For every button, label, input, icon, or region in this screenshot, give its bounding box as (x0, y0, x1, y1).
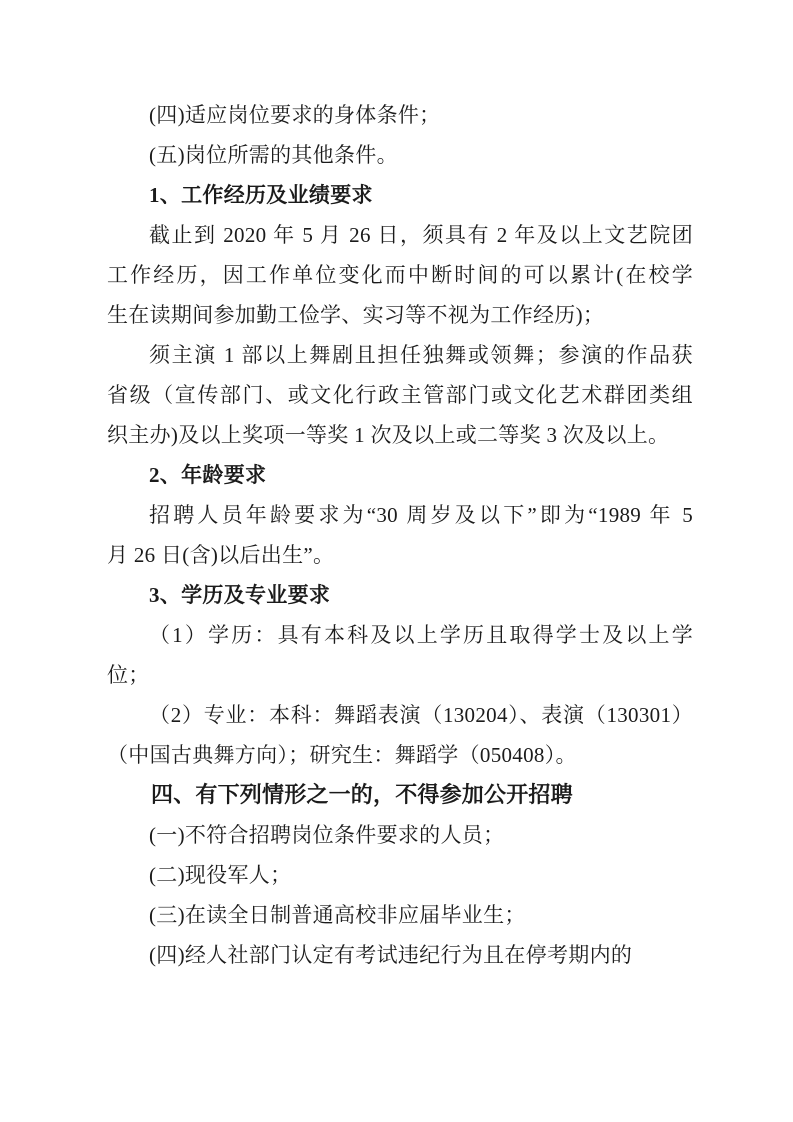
clause-item-2: (二)现役军人； (107, 855, 693, 895)
clause-item-3: (三)在读全日制普通高校非应届毕业生； (107, 895, 693, 935)
body-line: 省级（宣传部门、或文化行政主管部门或文化艺术群团类组 (107, 375, 693, 415)
subheading-work-experience: 1、工作经历及业绩要求 (107, 175, 693, 215)
clause-item-4: (四)适应岗位要求的身体条件； (107, 95, 693, 135)
body-line: 生在读期间参加勤工俭学、实习等不视为工作经历)； (107, 295, 693, 335)
clause-item-4b: (四)经人社部门认定有考试违纪行为且在停考期内的 (107, 935, 693, 975)
section-heading-disqualifications: 四、有下列情形之一的，不得参加公开招聘 (107, 775, 693, 815)
subheading-education-major: 3、学历及专业要求 (107, 575, 693, 615)
document-content: (四)适应岗位要求的身体条件； (五)岗位所需的其他条件。 1、工作经历及业绩要… (107, 95, 693, 975)
body-line: 招聘人员年龄要求为“30 周岁及以下”即为“1989 年 5 (107, 495, 693, 535)
body-line: 截止到 2020 年 5 月 26 日，须具有 2 年及以上文艺院团 (107, 215, 693, 255)
body-line: 须主演 1 部以上舞剧且担任独舞或领舞；参演的作品获 (107, 335, 693, 375)
body-line: 织主办)及以上奖项一等奖 1 次及以上或二等奖 3 次及以上。 (107, 415, 693, 455)
body-line: 月 26 日(含)以后出生”。 (107, 535, 693, 575)
clause-item-5: (五)岗位所需的其他条件。 (107, 135, 693, 175)
body-line: 位； (107, 655, 693, 695)
body-line: （2）专业：本科：舞蹈表演（130204）、表演（130301） (107, 695, 693, 735)
subheading-age-requirement: 2、年龄要求 (107, 455, 693, 495)
body-line: 工作经历，因工作单位变化而中断时间的可以累计(在校学 (107, 255, 693, 295)
body-line: （1）学历：具有本科及以上学历且取得学士及以上学 (107, 615, 693, 655)
document-page: (四)适应岗位要求的身体条件； (五)岗位所需的其他条件。 1、工作经历及业绩要… (0, 0, 793, 1122)
clause-item-1: (一)不符合招聘岗位条件要求的人员； (107, 815, 693, 855)
body-line: （中国古典舞方向）；研究生：舞蹈学（050408）。 (107, 735, 693, 775)
